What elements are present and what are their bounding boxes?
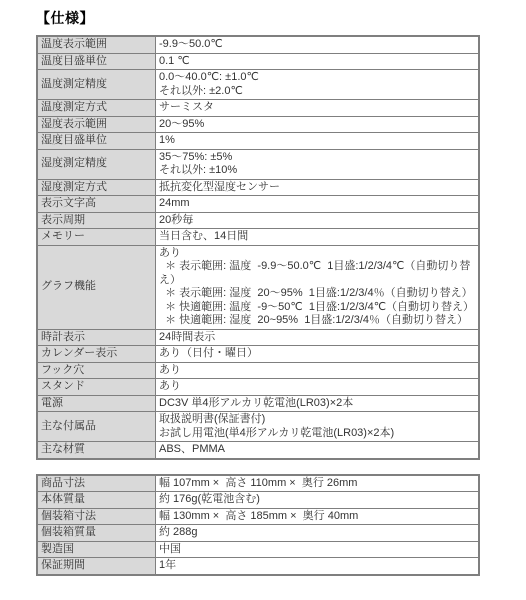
spec-label-cell: グラフ機能 <box>37 245 156 329</box>
spec-row: 本体質量約 176g(乾電池含む) <box>37 492 479 509</box>
spec-value-cell: 中国 <box>156 541 480 558</box>
spec-label-cell: 表示周期 <box>37 212 156 229</box>
spec-row: 保証期間1年 <box>37 558 479 575</box>
spec-label-cell: 温度表示範囲 <box>37 36 156 53</box>
spec-table: 温度表示範囲-9.9～50.0℃温度目盛単位0.1 ℃温度測定精度0.0～40.… <box>36 35 480 460</box>
spec-value-cell: サーミスタ <box>156 100 480 117</box>
spec-label-cell: 湿度測定方式 <box>37 179 156 196</box>
spec-label-cell: 湿度測定精度 <box>37 149 156 179</box>
spec-row: 表示周期20秒毎 <box>37 212 479 229</box>
spec-value-cell: 約 176g(乾電池含む) <box>156 492 480 509</box>
spec-value-cell: 抵抗変化型湿度センサー <box>156 179 480 196</box>
spec-value-cell: 約 288g <box>156 525 480 542</box>
spec-row: 湿度表示範囲20～95% <box>37 116 479 133</box>
spec-value-cell: 20秒毎 <box>156 212 480 229</box>
spec-row: 湿度目盛単位1% <box>37 133 479 150</box>
spec-row: 製造国中国 <box>37 541 479 558</box>
spec-value-cell: 当日含む、14日間 <box>156 229 480 246</box>
spec-value-cell: 35～75%: ±5% それ以外: ±10% <box>156 149 480 179</box>
spec-label-cell: 個装箱寸法 <box>37 508 156 525</box>
spec-row: 商品寸法幅 107mm × 高さ 110mm × 奥行 26mm <box>37 475 479 492</box>
spec-row: 主な材質ABS、PMMA <box>37 442 479 459</box>
page-title: 【仕様】 <box>36 8 518 28</box>
spec-row: 温度表示範囲-9.9～50.0℃ <box>37 36 479 53</box>
spec-value-cell: ABS、PMMA <box>156 442 480 459</box>
spec-row: 表示文字高24mm <box>37 196 479 213</box>
spec-row: フック穴あり <box>37 362 479 379</box>
spec-row: 湿度測定方式抵抗変化型湿度センサー <box>37 179 479 196</box>
spec-row: 温度測定精度0.0～40.0℃: ±1.0℃ それ以外: ±2.0℃ <box>37 70 479 100</box>
spec-value-cell: 0.0～40.0℃: ±1.0℃ それ以外: ±2.0℃ <box>156 70 480 100</box>
spec-label-cell: 時計表示 <box>37 329 156 346</box>
spec-label-cell: 電源 <box>37 395 156 412</box>
spec-label-cell: 保証期間 <box>37 558 156 575</box>
spec-label-cell: 主な付属品 <box>37 412 156 442</box>
spec-row: 個装箱質量約 288g <box>37 525 479 542</box>
spec-row: 温度目盛単位0.1 ℃ <box>37 53 479 70</box>
spec-table-body: 温度表示範囲-9.9～50.0℃温度目盛単位0.1 ℃温度測定精度0.0～40.… <box>37 36 479 459</box>
spec-value-cell: あり（日付・曜日） <box>156 346 480 363</box>
spec-row: メモリー当日含む、14日間 <box>37 229 479 246</box>
spec-label-cell: 湿度目盛単位 <box>37 133 156 150</box>
spec-row: 時計表示24時間表示 <box>37 329 479 346</box>
spec-label-cell: 湿度表示範囲 <box>37 116 156 133</box>
spec-label-cell: カレンダー表示 <box>37 346 156 363</box>
spec-row: スタンドあり <box>37 379 479 396</box>
spec-label-cell: 本体質量 <box>37 492 156 509</box>
spec-row: カレンダー表示あり（日付・曜日） <box>37 346 479 363</box>
spec-label-cell: 個装箱質量 <box>37 525 156 542</box>
spec-label-cell: メモリー <box>37 229 156 246</box>
spec-row: グラフ機能あり ＊ 表示範囲: 温度 -9.9～50.0℃ 1目盛:1/2/3/… <box>37 245 479 329</box>
spec-label-cell: 製造国 <box>37 541 156 558</box>
package-table: 商品寸法幅 107mm × 高さ 110mm × 奥行 26mm本体質量約 17… <box>36 474 480 576</box>
spec-label-cell: 温度目盛単位 <box>37 53 156 70</box>
spec-label-cell: フック穴 <box>37 362 156 379</box>
spec-value-cell: あり <box>156 362 480 379</box>
spec-row: 電源DC3V 単4形アルカリ乾電池(LR03)×2本 <box>37 395 479 412</box>
spec-value-cell: 1年 <box>156 558 480 575</box>
spec-value-cell: 幅 130mm × 高さ 185mm × 奥行 40mm <box>156 508 480 525</box>
spec-row: 温度測定方式サーミスタ <box>37 100 479 117</box>
spec-value-cell: 0.1 ℃ <box>156 53 480 70</box>
spec-value-cell: 幅 107mm × 高さ 110mm × 奥行 26mm <box>156 475 480 492</box>
spec-label-cell: 温度測定方式 <box>37 100 156 117</box>
spec-row: 個装箱寸法幅 130mm × 高さ 185mm × 奥行 40mm <box>37 508 479 525</box>
spec-value-cell: 取扱説明書(保証書付) お試し用電池(単4形アルカリ乾電池(LR03)×2本) <box>156 412 480 442</box>
spec-label-cell: 表示文字高 <box>37 196 156 213</box>
spec-label-cell: 主な材質 <box>37 442 156 459</box>
spec-value-cell: 20～95% <box>156 116 480 133</box>
spec-value-cell: 24mm <box>156 196 480 213</box>
spec-value-cell: 24時間表示 <box>156 329 480 346</box>
spec-label-cell: 温度測定精度 <box>37 70 156 100</box>
spec-value-cell: あり ＊ 表示範囲: 温度 -9.9～50.0℃ 1目盛:1/2/3/4℃（自動… <box>156 245 480 329</box>
spec-value-cell: -9.9～50.0℃ <box>156 36 480 53</box>
spec-label-cell: スタンド <box>37 379 156 396</box>
spec-page: 【仕様】 温度表示範囲-9.9～50.0℃温度目盛単位0.1 ℃温度測定精度0.… <box>0 0 526 600</box>
spec-value-cell: DC3V 単4形アルカリ乾電池(LR03)×2本 <box>156 395 480 412</box>
spec-label-cell: 商品寸法 <box>37 475 156 492</box>
package-table-body: 商品寸法幅 107mm × 高さ 110mm × 奥行 26mm本体質量約 17… <box>37 475 479 575</box>
spec-row: 湿度測定精度35～75%: ±5% それ以外: ±10% <box>37 149 479 179</box>
spec-value-cell: 1% <box>156 133 480 150</box>
spec-row: 主な付属品取扱説明書(保証書付) お試し用電池(単4形アルカリ乾電池(LR03)… <box>37 412 479 442</box>
spec-value-cell: あり <box>156 379 480 396</box>
